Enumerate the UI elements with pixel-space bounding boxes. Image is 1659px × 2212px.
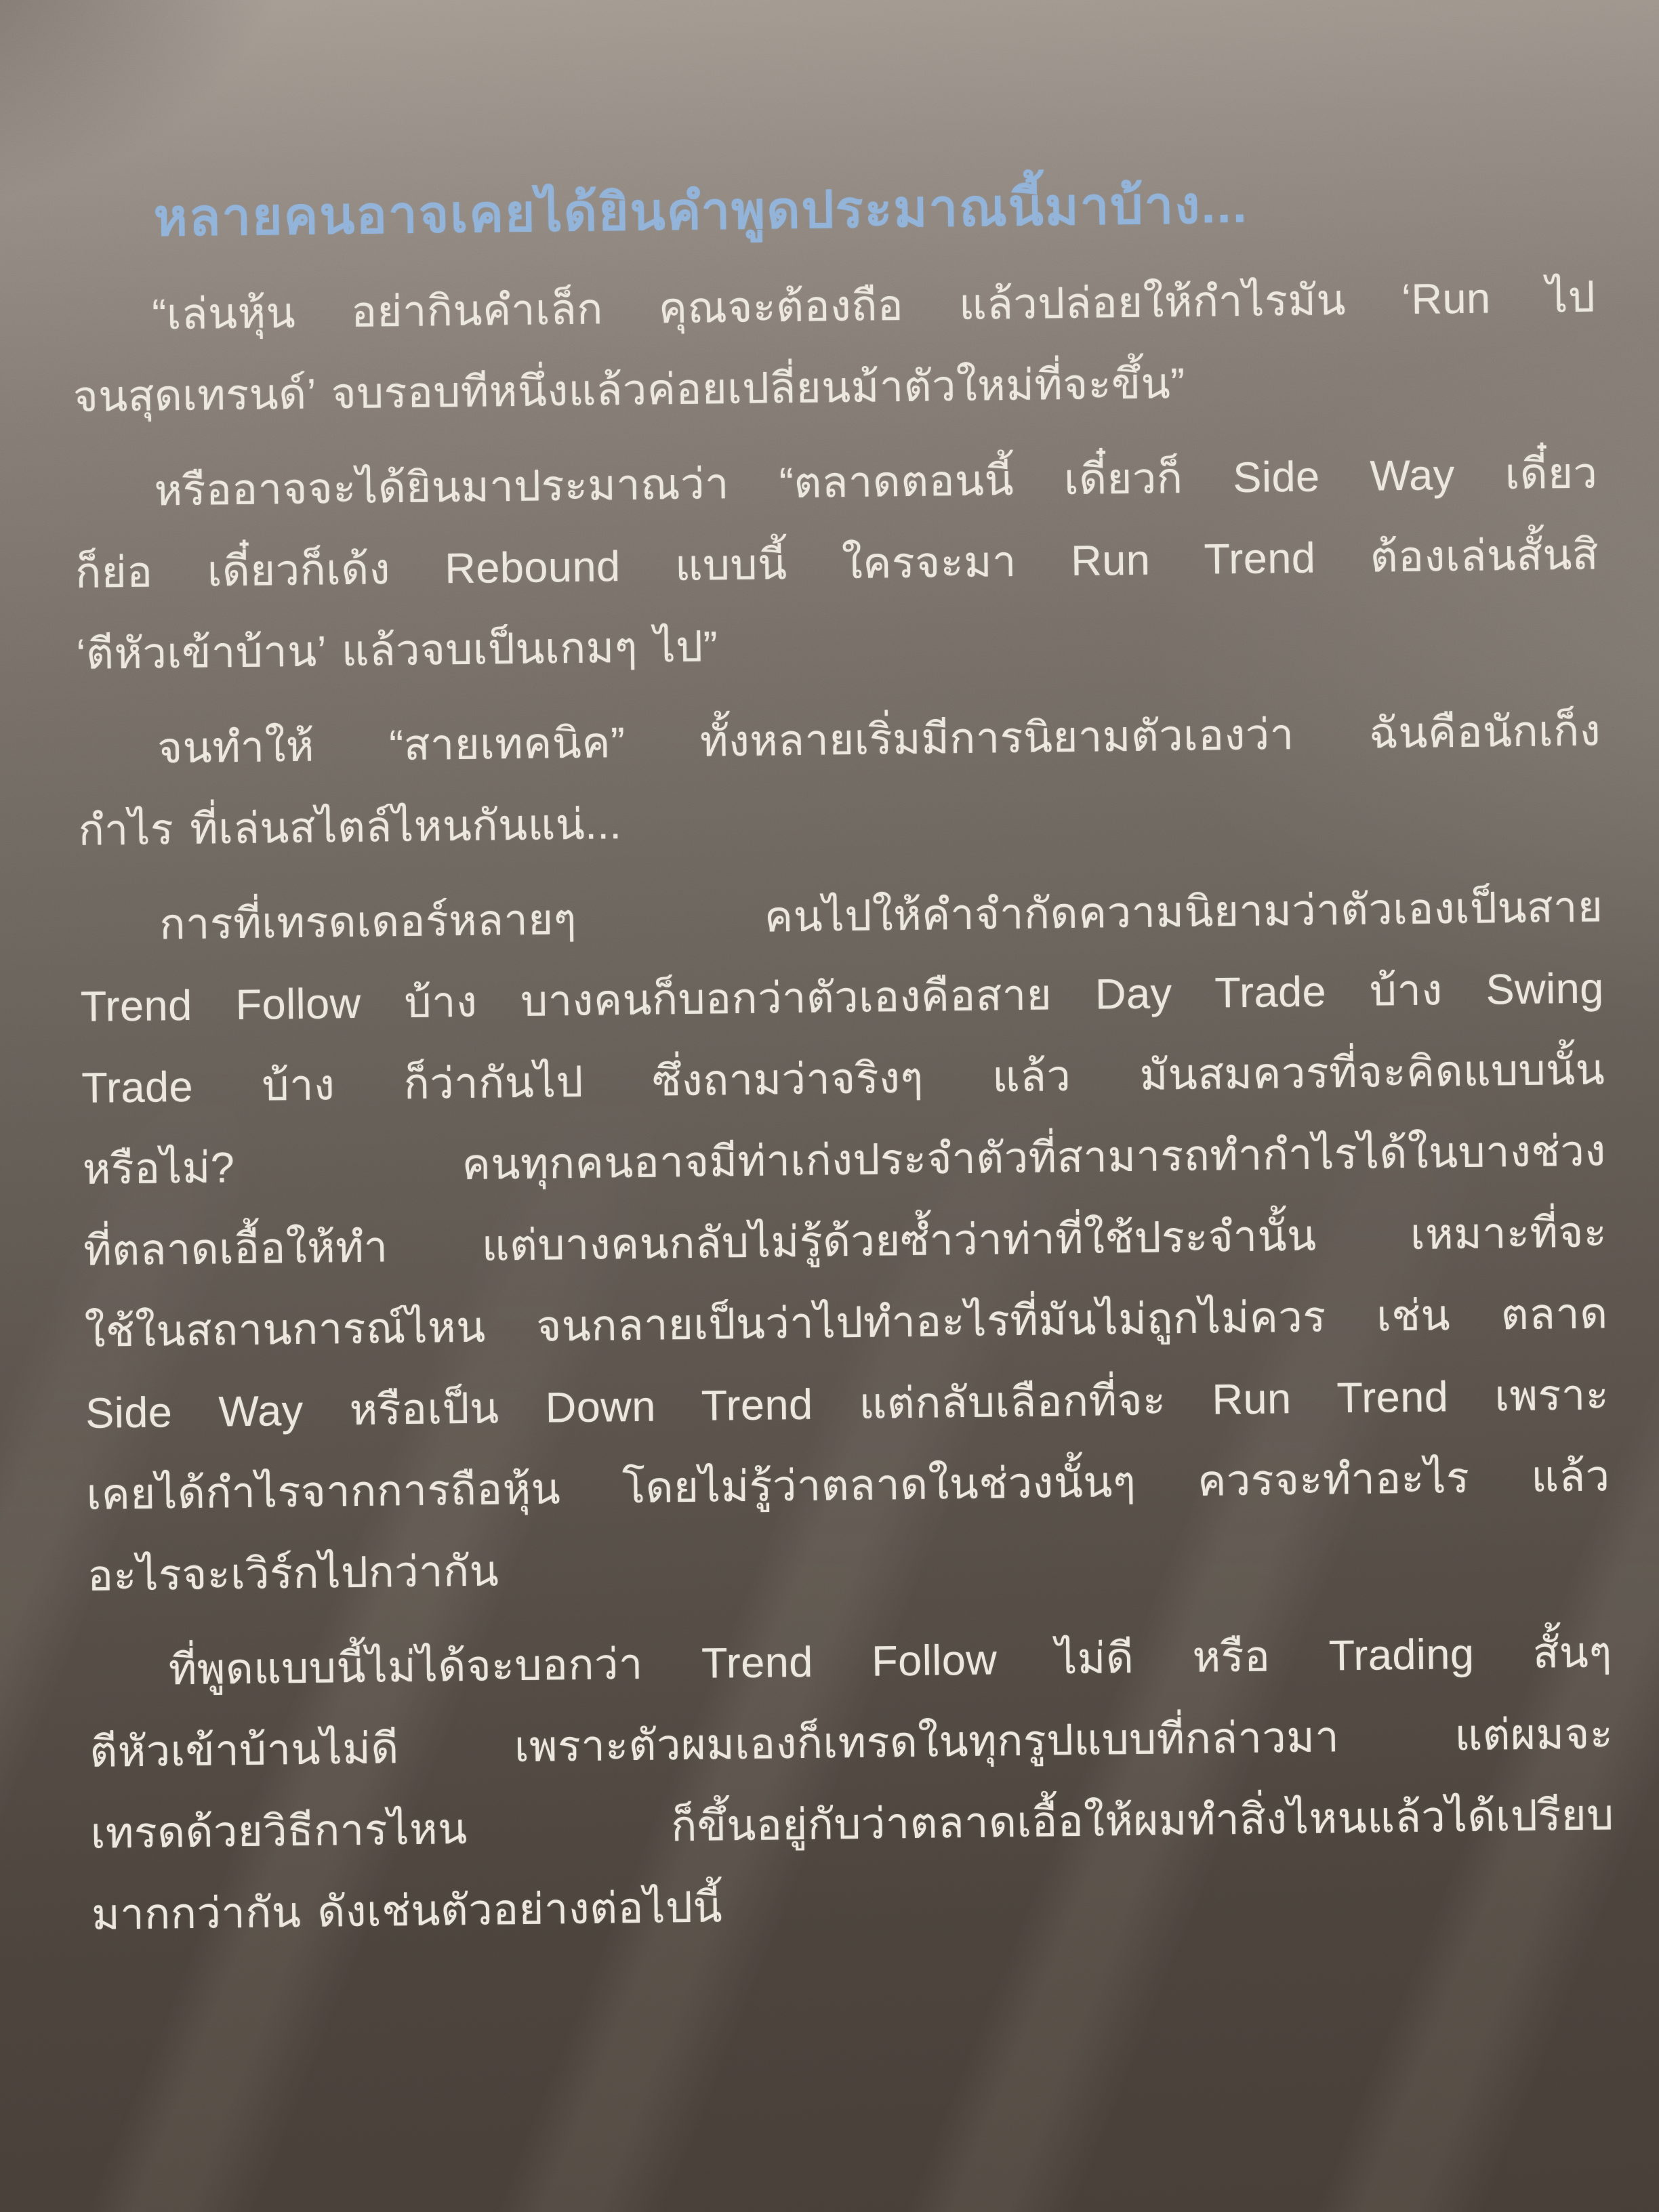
paragraph: หรืออาจจะได้ยินมาประมาณว่า “ตลาดตอนนี้ เ…	[74, 433, 1600, 695]
page-heading: หลายคนอาจเคยได้ยินคำพูดประมาณนี้มาบ้าง..…	[70, 163, 1595, 258]
paragraph: ที่พูดแบบนี้ไม่ได้จะบอกว่า Trend Follow …	[88, 1612, 1616, 1955]
paragraph: จนทำให้ “สายเทคนิค” ทั้งหลายเริ่มมีการนิ…	[77, 690, 1603, 871]
book-page-photo: หลายคนอาจเคยได้ยินคำพูดประมาณนี้มาบ้าง..…	[0, 0, 1659, 2212]
body-text: “เล่นหุ้น อย่ากินคำเล็ก คุณจะต้องถือ แล้…	[72, 257, 1616, 1956]
paragraph: การที่เทรดเดอร์หลายๆ คนไปให้คำจำกัดความน…	[79, 866, 1612, 1616]
page-content: หลายคนอาจเคยได้ยินคำพูดประมาณนี้มาบ้าง..…	[70, 163, 1616, 1969]
paragraph: “เล่นหุ้น อย่ากินคำเล็ก คุณจะต้องถือ แล้…	[72, 257, 1597, 438]
